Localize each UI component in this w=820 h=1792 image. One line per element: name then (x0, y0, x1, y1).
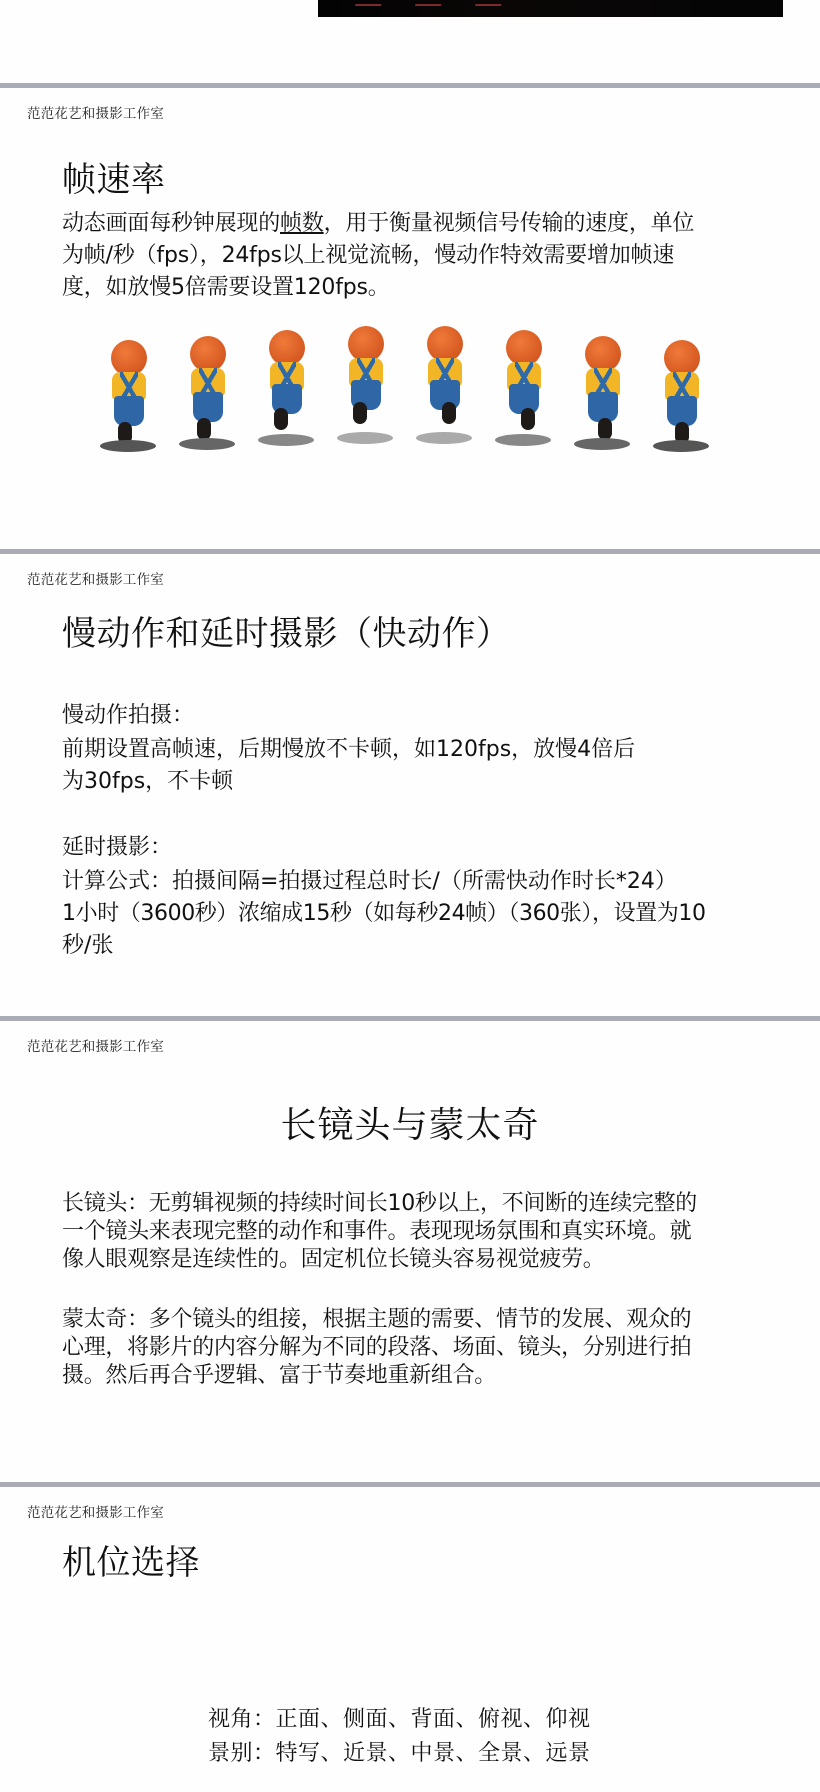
runner-frame (495, 322, 551, 457)
slide-frame-rate: 范范花艺和摄影工作室 帧速率 动态画面每秒钟展现的帧数，用于衡量视频信号传输的速… (0, 88, 820, 549)
viewing-angle-line: 视角：正面、侧面、背面、俯视、仰视 (208, 1703, 591, 1737)
runner-frame (337, 322, 393, 457)
body-line: 计算公式：拍摄间隔=拍摄过程总时长/（所需快动作时长*24） (62, 866, 706, 898)
runner-frame (416, 322, 472, 457)
montage-paragraph: 蒙太奇：多个镜头的组接，根据主题的需要、情节的发展、观众的 心理，将影片的内容分… (62, 1306, 762, 1390)
body-line: 前期设置高帧速，后期慢放不卡顿，如120fps，放慢4倍后 (62, 734, 635, 766)
shot-size-line: 景别：特写、近景、中景、全景、远景 (208, 1737, 591, 1771)
body-line: 为30fps，不卡顿 (62, 766, 635, 798)
slide-title: 帧速率 (62, 152, 166, 201)
para-line: 长镜头：无剪辑视频的持续时间长10秒以上，不间断的连续完整的 (62, 1190, 762, 1218)
studio-name: 范范花艺和摄影工作室 (27, 1035, 164, 1055)
runner-frame (100, 322, 156, 457)
body-line: 为帧/秒（fps），24fps以上视觉流畅，慢动作特效需要增加帧速 (62, 240, 694, 272)
para-line: 摄。然后再合乎逻辑、富于节奏地重新组合。 (62, 1362, 762, 1390)
section-heading: 慢动作拍摄： (62, 700, 635, 732)
para-line: 像人眼观察是连续性的。固定机位长镜头容易视觉疲劳。 (62, 1246, 762, 1274)
slide-camera-position: 范范花艺和摄影工作室 机位选择 视角：正面、侧面、背面、俯视、仰视 景别：特写、… (0, 1487, 820, 1792)
slide-top-partial (0, 0, 820, 83)
slide-slow-motion-timelapse: 范范花艺和摄影工作室 慢动作和延时摄影（快动作） 慢动作拍摄： 前期设置高帧速，… (0, 554, 820, 1016)
long-take-paragraph: 长镜头：无剪辑视频的持续时间长10秒以上，不间断的连续完整的 一个镜头来表现完整… (62, 1190, 762, 1274)
timelapse-section: 延时摄影： 计算公式：拍摄间隔=拍摄过程总时长/（所需快动作时长*24） 1小时… (62, 832, 706, 962)
body-line: 动态画面每秒钟展现的帧数，用于衡量视频信号传输的速度，单位 (62, 208, 694, 240)
slide-body: 动态画面每秒钟展现的帧数，用于衡量视频信号传输的速度，单位 为帧/秒（fps），… (62, 208, 694, 304)
running-boy-frame-sequence (100, 322, 710, 457)
para-line: 蒙太奇：多个镜头的组接，根据主题的需要、情节的发展、观众的 (62, 1306, 762, 1334)
para-line: 一个镜头来表现完整的动作和事件。表现现场氛围和真实环境。就 (62, 1218, 762, 1246)
underlined-term: 帧数 (280, 211, 324, 236)
body-line: 秒/张 (62, 930, 706, 962)
camera-position-list: 视角：正面、侧面、背面、俯视、仰视 景别：特写、近景、中景、全景、远景 (208, 1703, 591, 1771)
body-text: ，用于衡量视频信号传输的速度，单位 (324, 211, 695, 236)
slide-long-take-montage: 范范花艺和摄影工作室 长镜头与蒙太奇 长镜头：无剪辑视频的持续时间长10秒以上，… (0, 1021, 820, 1482)
slow-motion-section: 慢动作拍摄： 前期设置高帧速，后期慢放不卡顿，如120fps，放慢4倍后 为30… (62, 700, 635, 798)
body-text: 动态画面每秒钟展现的 (62, 211, 280, 236)
runner-frame (179, 322, 235, 457)
section-heading: 延时摄影： (62, 832, 706, 864)
studio-name: 范范花艺和摄影工作室 (27, 568, 164, 588)
runner-frame (574, 322, 630, 457)
studio-name: 范范花艺和摄影工作室 (27, 102, 164, 122)
slide-title: 长镜头与蒙太奇 (0, 1097, 820, 1148)
studio-name: 范范花艺和摄影工作室 (27, 1501, 164, 1521)
runner-frame (653, 322, 709, 457)
body-line: 度，如放慢5倍需要设置120fps。 (62, 272, 694, 304)
body-line: 1小时（3600秒）浓缩成15秒（如每秒24帧）（360张），设置为10 (62, 898, 706, 930)
dark-photo (318, 0, 783, 17)
para-line: 心理，将影片的内容分解为不同的段落、场面、镜头，分别进行拍 (62, 1334, 762, 1362)
runner-frame (258, 322, 314, 457)
slide-title: 机位选择 (62, 1535, 200, 1584)
slide-title: 慢动作和延时摄影（快动作） (62, 606, 511, 655)
